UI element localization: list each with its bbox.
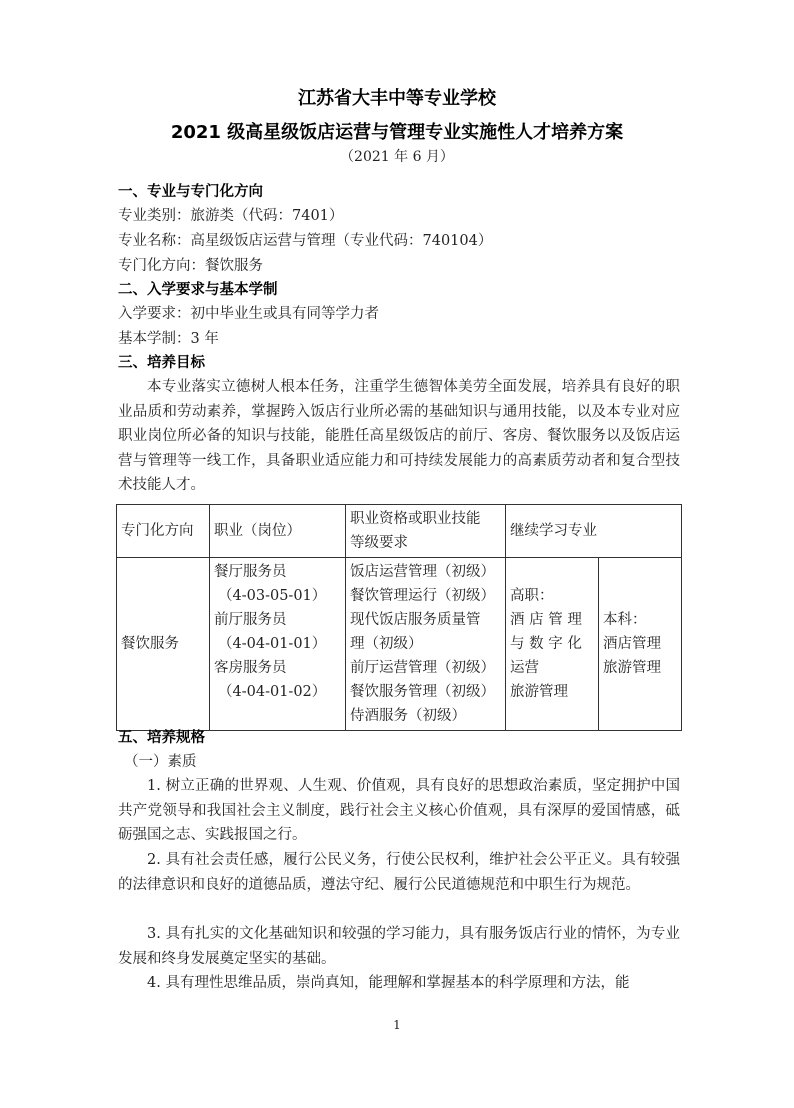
jobs-cell: 餐厅服务员 （4-03-05-01） 前厅服务员 （4-04-01-01） 客房… (210, 558, 346, 731)
page-number: 1 (0, 1018, 794, 1032)
school-name: 江苏省大丰中等专业学校 (0, 84, 794, 110)
table-header-cell: 继续学习专业 (506, 505, 682, 558)
table-header-cell: 职业资格或职业技能 等级要求 (346, 505, 506, 558)
document-title: 2021 级高星级饭店运营与管理专业实施性人才培养方案 (0, 118, 794, 144)
major-name: 专业名称：高星级饭店运营与管理（专业代码：740104） (118, 229, 492, 253)
admission-requirement: 入学要求：初中毕业生或具有同等学力者 (118, 302, 379, 326)
document-page: 江苏省大丰中等专业学校 2021 级高星级饭店运营与管理专业实施性人才培养方案 … (0, 0, 794, 1108)
section-1-heading: 一、专业与专门化方向 (118, 180, 263, 204)
higher-vocational-cell: 高职： 酒 店 管 理 与 数 字 化 运营 旅游管理 (506, 558, 599, 731)
quality-item-4: 4. 具有理性思维品质，崇尚真知，能理解和掌握基本的科学原理和方法，能 (118, 971, 680, 996)
direction-cell: 餐饮服务 (117, 558, 210, 731)
specialization-direction: 专门化方向：餐饮服务 (118, 254, 263, 278)
major-category: 专业类别：旅游类（代码：7401） (118, 204, 343, 228)
study-duration: 基本学制：3 年 (118, 327, 219, 351)
table-header-row: 专门化方向 职业（岗位） 职业资格或职业技能 等级要求 继续学习专业 (117, 505, 682, 558)
section-5-heading: 五、培养规格 (118, 726, 205, 750)
quality-item-2: 2. 具有社会责任感，履行公民义务，行使公民权利，维护社会公平正义。具有较强的法… (118, 848, 680, 897)
quality-item-3: 3. 具有扎实的文化基础知识和较强的学习能力，具有服务饭店行业的情怀，为专业发展… (118, 922, 680, 971)
document-date: （2021 年 6 月） (0, 146, 794, 166)
table-header-cell: 职业（岗位） (210, 505, 346, 558)
subsection-quality-heading: （一）素质 (124, 750, 197, 774)
quality-item-1: 1. 树立正确的世界观、人生观、价值观，具有良好的思想政治素质，坚定拥护中国共产… (118, 774, 680, 848)
section-2-heading: 二、入学要求与基本学制 (118, 278, 278, 302)
certs-cell: 饭店运营管理（初级） 餐饮管理运行（初级） 现代饭店服务质量管 理（初级） 前厅… (346, 558, 506, 731)
undergraduate-cell: 本科： 酒店管理 旅游管理 (599, 558, 682, 731)
training-goal-paragraph: 本专业落实立德树人根本任务，注重学生德智体美劳全面发展，培养具有良好的职业品质和… (118, 375, 680, 498)
table-row: 餐饮服务 餐厅服务员 （4-03-05-01） 前厅服务员 （4-04-01-0… (117, 558, 682, 731)
section-3-heading: 三、培养目标 (118, 351, 205, 375)
career-table: 专门化方向 职业（岗位） 职业资格或职业技能 等级要求 继续学习专业 餐饮服务 … (116, 504, 682, 731)
table-header-cell: 专门化方向 (117, 505, 210, 558)
